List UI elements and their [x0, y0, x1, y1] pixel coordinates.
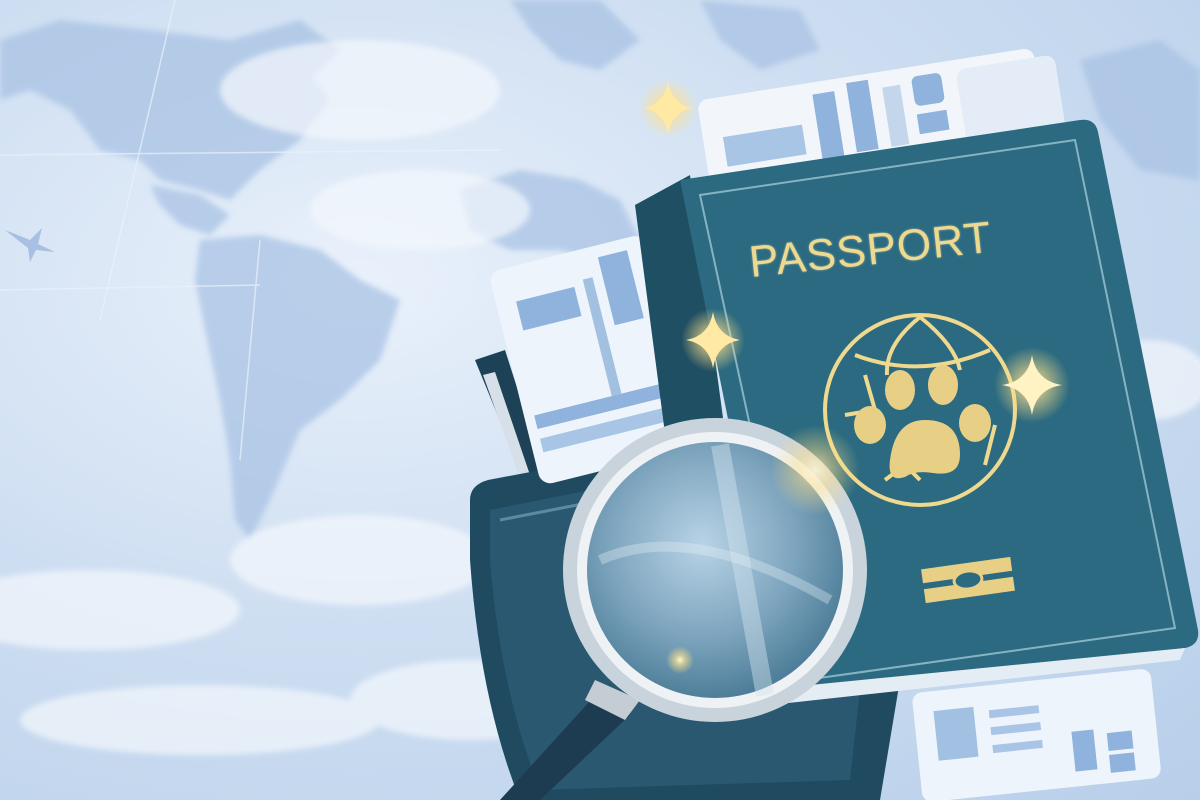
sparkle-icon [770, 425, 860, 515]
sparkles [0, 0, 1200, 800]
sparkle-icon [681, 308, 745, 372]
sparkle-icon [638, 78, 698, 138]
sparkle-icon [666, 646, 694, 674]
sparkle-icon [994, 347, 1070, 423]
travel-scene: PASSPORT [0, 0, 1200, 800]
